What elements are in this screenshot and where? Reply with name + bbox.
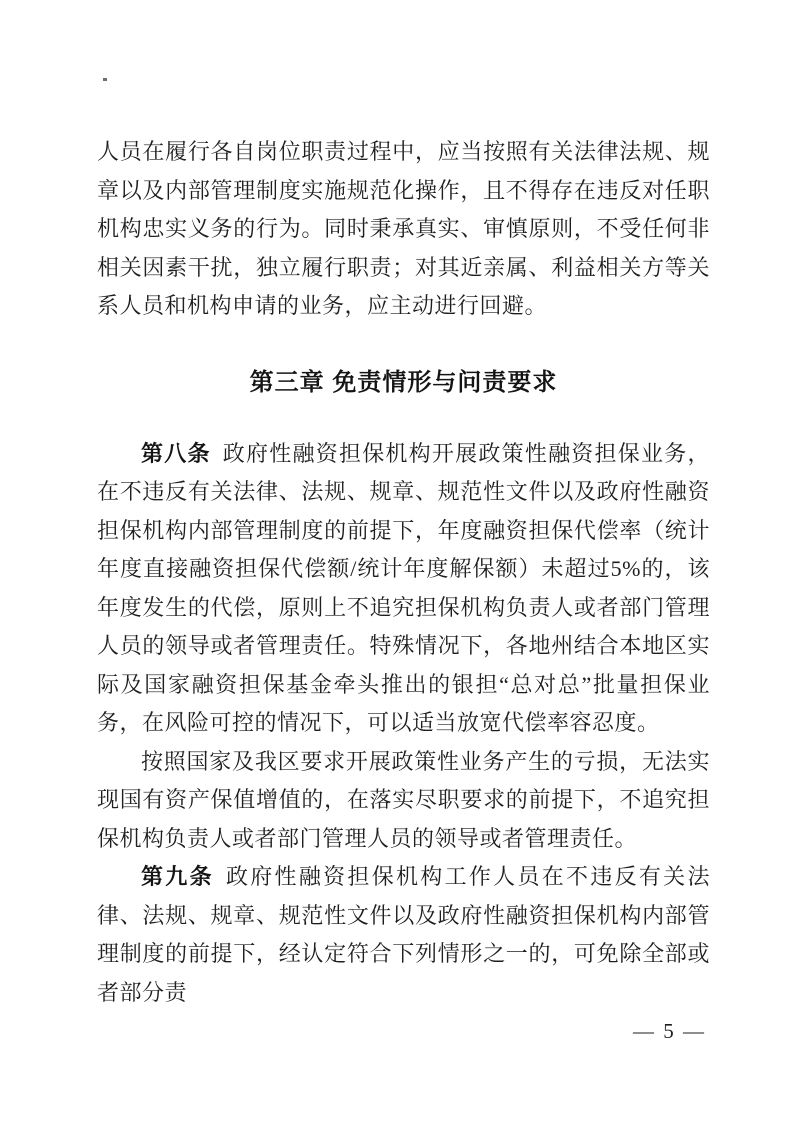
continuation-paragraph: 人员在履行各自岗位职责过程中，应当按照有关法律法规、规章以及内部管理制度实施规范… (97, 133, 710, 326)
document-page: 人员在履行各自岗位职责过程中，应当按照有关法律法规、规章以及内部管理制度实施规范… (0, 0, 793, 1121)
scan-speck (103, 78, 107, 81)
policy-loss-text: 按照国家及我区要求开展政策性业务产生的亏损，无法实现国有资产保值增值的，在落实尽… (97, 749, 710, 851)
chapter-heading: 第三章 免责情形与问责要求 (97, 367, 710, 399)
article-8-paragraph: 第八条政府性融资担保机构开展政策性融资担保业务，在不违反有关法律、法规、规章、规… (97, 435, 710, 743)
article-8-lead: 第八条 (141, 441, 211, 466)
article-8-text: 政府性融资担保机构开展政策性融资担保业务，在不违反有关法律、法规、规章、规范性文… (97, 441, 710, 736)
article-9-lead: 第九条 (141, 864, 214, 889)
page-number: — 5 — (633, 1018, 706, 1044)
article-9-paragraph: 第九条政府性融资担保机构工作人员在不违反有关法律、法规、规章、规范性文件以及政府… (97, 858, 710, 1012)
policy-loss-paragraph: 按照国家及我区要求开展政策性业务产生的亏损，无法实现国有资产保值增值的，在落实尽… (97, 743, 710, 859)
articles-section: 第八条政府性融资担保机构开展政策性融资担保业务，在不违反有关法律、法规、规章、规… (97, 435, 710, 1013)
page-content: 人员在履行各自岗位职责过程中，应当按照有关法律法规、规章以及内部管理制度实施规范… (97, 133, 710, 1012)
